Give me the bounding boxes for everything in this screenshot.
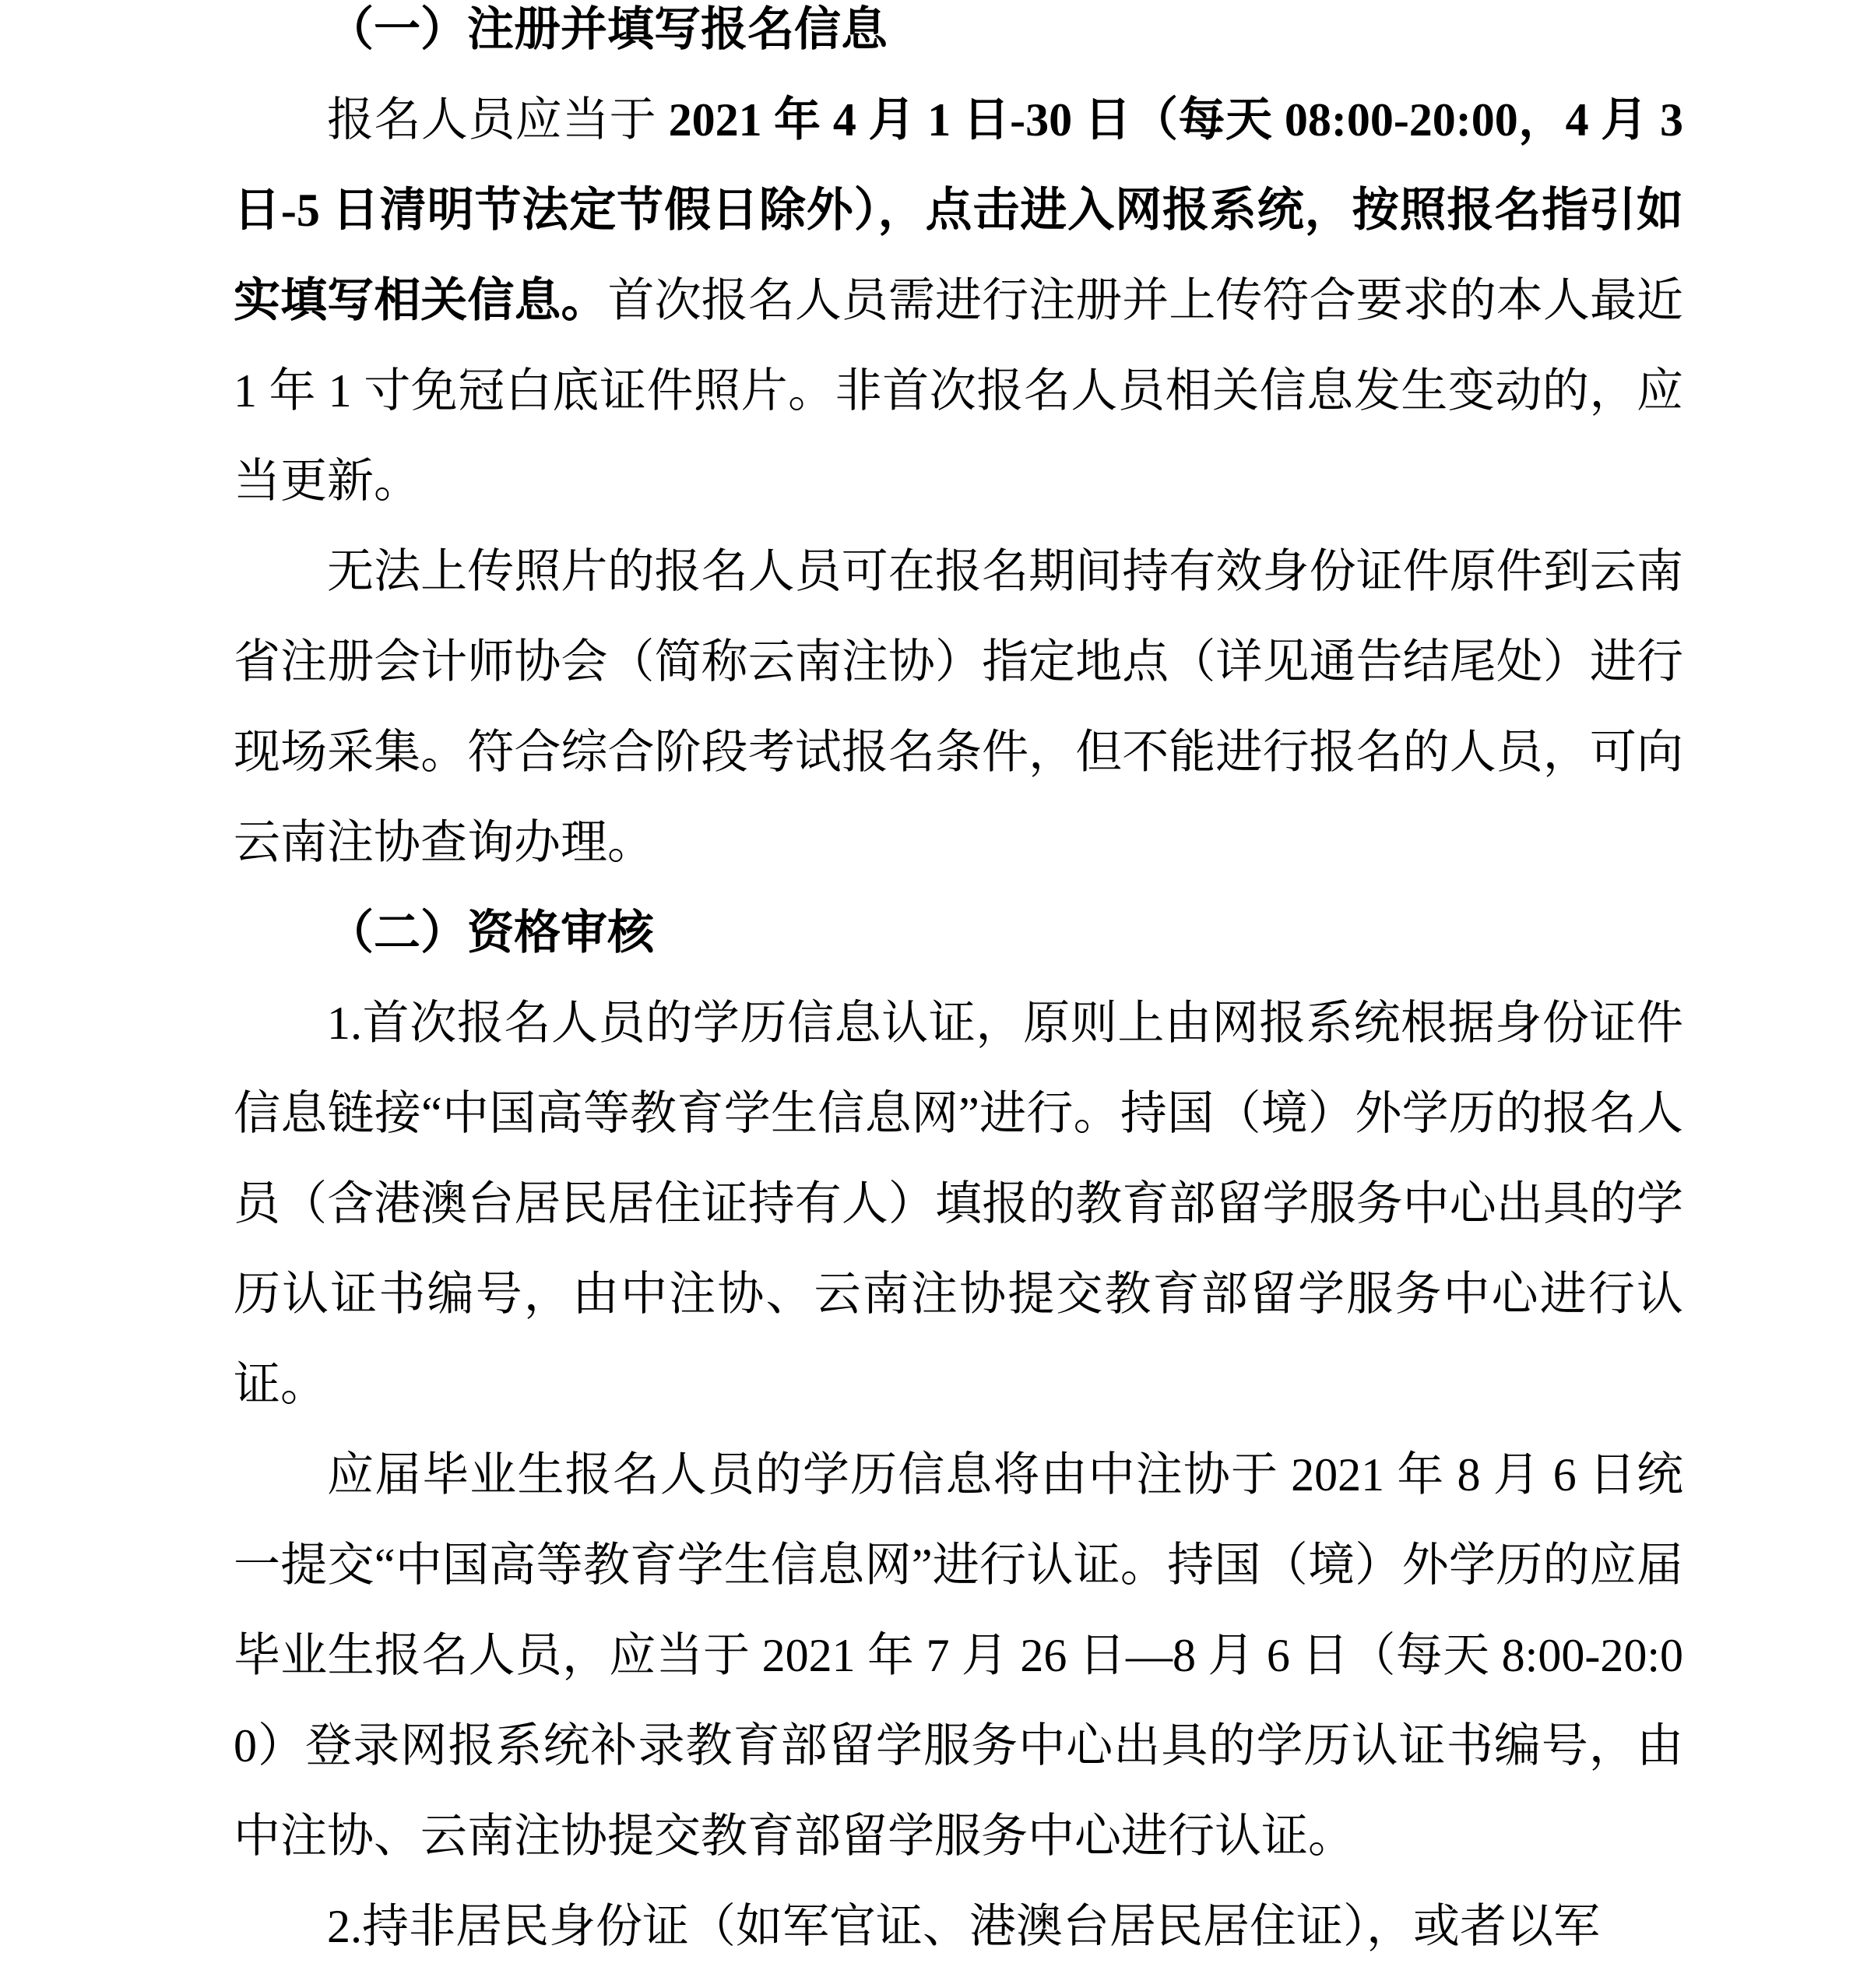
para-registration: 报名人员应当于 2021 年 4 月 1 日-30 日（每天 08:00-20:… <box>234 75 1683 526</box>
section-2-heading: （二）资格审核 <box>234 888 1683 978</box>
section-1-heading-text: （一）注册并填写报名信息 <box>327 4 888 55</box>
document-content: （一）注册并填写报名信息 报名人员应当于 2021 年 4 月 1 日-30 日… <box>234 0 1683 1972</box>
text-run-normal: 1.首次报名人员的学历信息认证，原则上由网报系统根据身份证件信息链接“中国高等教… <box>234 998 1683 1410</box>
section-2-heading-text: （二）资格审核 <box>327 907 654 959</box>
text-run-normal: 无法上传照片的报名人员可在报名期间持有效身份证件原件到云南省注册会计师协会（简称… <box>234 546 1683 868</box>
text-run-normal: 报名人员应当于 <box>327 94 669 146</box>
text-run-normal: 2.持非居民身份证（如军官证、港澳台居民居住证），或者以军 <box>327 1901 1600 1952</box>
text-run-normal: 应届毕业生报名人员的学历信息将由中注协于 2021 年 8 月 6 日统一提交“… <box>234 1449 1683 1862</box>
para-item1-education-check: 1.首次报名人员的学历信息认证，原则上由网报系统根据身份证件信息链接“中国高等教… <box>234 978 1683 1430</box>
document-page: （一）注册并填写报名信息 报名人员应当于 2021 年 4 月 1 日-30 日… <box>0 0 1853 1988</box>
para-fresh-graduates: 应届毕业生报名人员的学历信息将由中注协于 2021 年 8 月 6 日统一提交“… <box>234 1430 1683 1881</box>
para-item2-non-resident-id: 2.持非居民身份证（如军官证、港澳台居民居住证），或者以军 <box>234 1881 1683 1972</box>
para-photo-onsite: 无法上传照片的报名人员可在报名期间持有效身份证件原件到云南省注册会计师协会（简称… <box>234 526 1683 888</box>
section-1-heading: （一）注册并填写报名信息 <box>234 0 1683 75</box>
